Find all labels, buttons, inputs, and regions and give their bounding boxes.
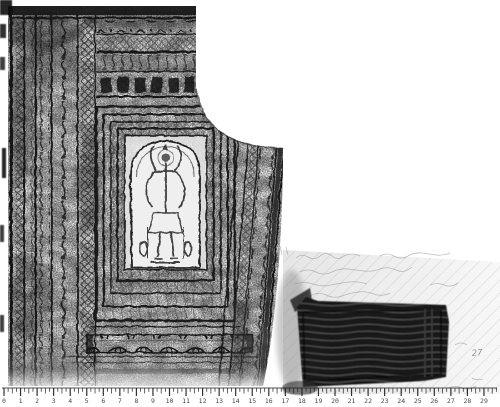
ruler-number: 28 [463,397,471,405]
ruler-number: 24 [397,397,405,405]
pencil-annotation: 27 [471,348,483,359]
ruler-number: 20 [331,397,339,405]
scan-canvas: 27 0123456789101112131415161718192021222… [0,0,500,407]
ruler-number: 12 [199,397,207,405]
ruler-number: 25 [414,397,422,405]
ruler-number: 22 [364,397,372,405]
ruler-number: 15 [248,397,256,405]
ruler-number: 9 [151,397,155,405]
niche-and-figure [130,140,199,267]
ruler-number: 1 [19,397,23,405]
ruler-number: 4 [68,397,72,405]
ruler-number: 11 [182,397,190,405]
ruler-number: 6 [101,397,105,405]
ruler-number: 2 [35,397,39,405]
door-jamb-rubbing [0,6,290,390]
estampage-scan: 27 0123456789101112131415161718192021222… [0,0,500,407]
ruler-number: 21 [348,397,356,405]
ruler-number: 16 [265,397,273,405]
ruler-number: 17 [281,397,289,405]
ruler-number: 10 [166,397,174,405]
ruler-number: 14 [232,397,240,405]
ruler-number: 27 [447,397,455,405]
ruler-number: 3 [52,397,56,405]
ruler-number: 5 [85,397,89,405]
ruler-number: 19 [315,397,323,405]
ruler-number: 7 [118,397,122,405]
bottom-fade [8,368,286,388]
ruler-number: 26 [430,397,438,405]
top-dark-band [8,6,198,15]
ruler-number: 23 [381,397,389,405]
ruler-number: 29 [480,397,488,405]
ruler-number: 0 [2,397,6,405]
ruler-number: 8 [134,397,138,405]
ruler-number: 18 [298,397,306,405]
ruler-number: 13 [215,397,223,405]
